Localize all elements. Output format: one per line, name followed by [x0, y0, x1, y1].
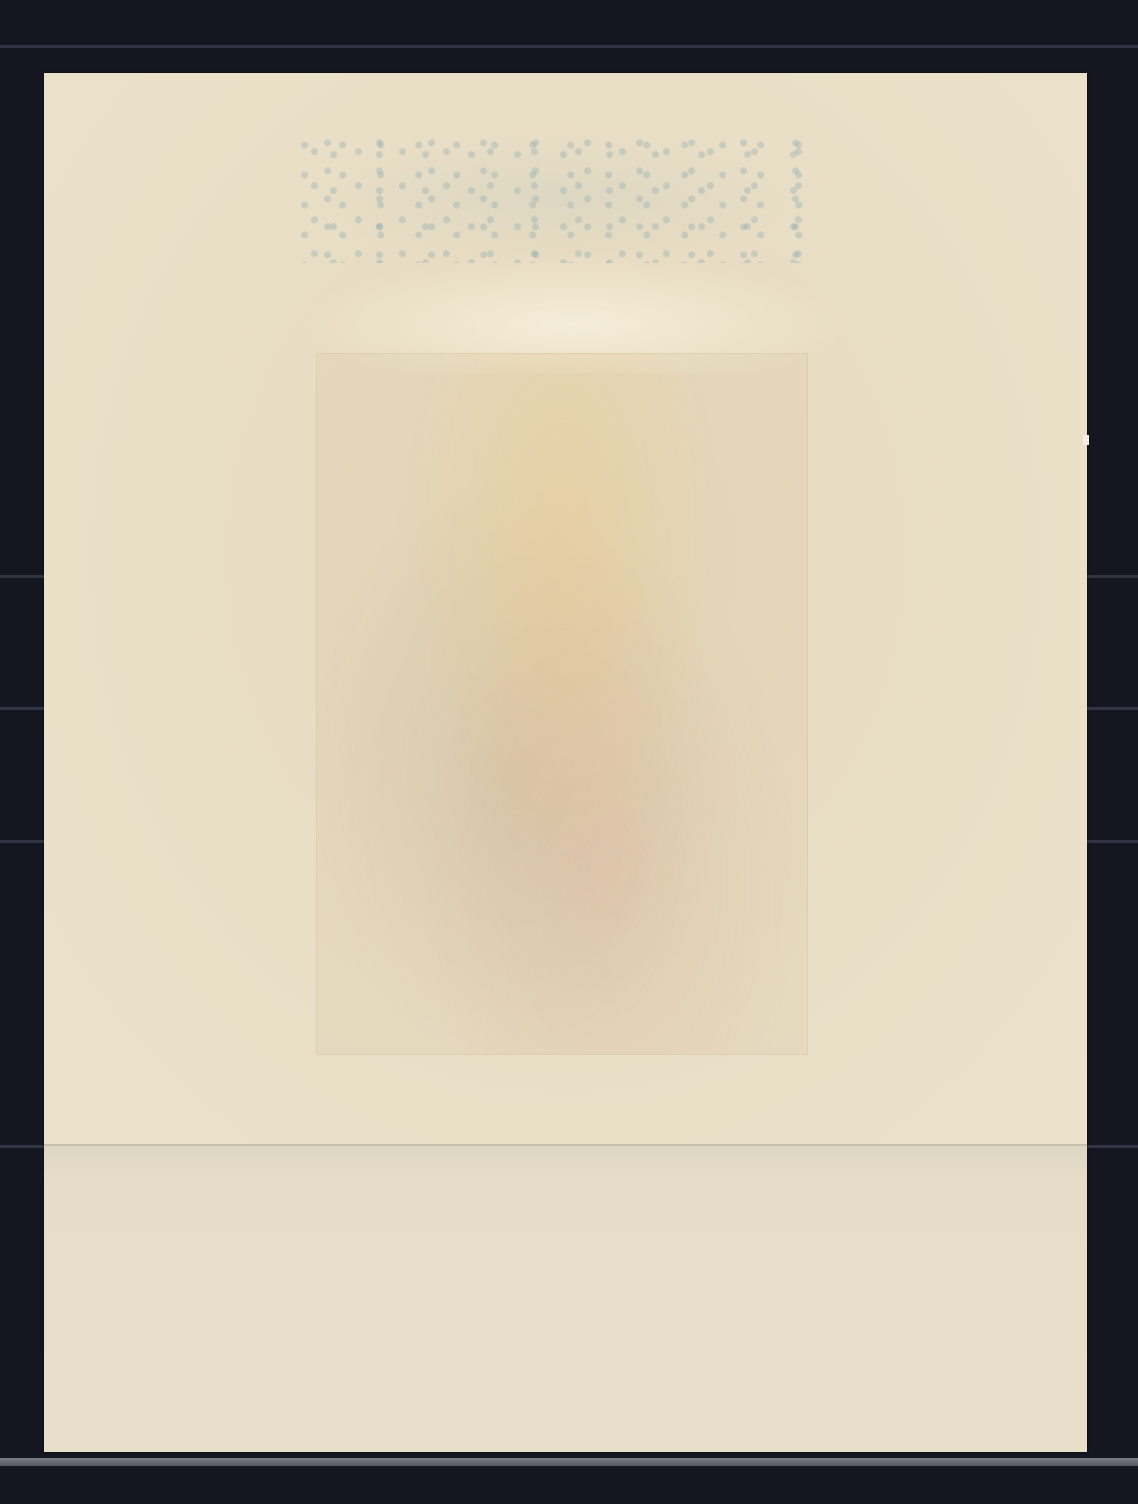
stockbook-strip	[0, 45, 1138, 48]
show-through-stamp-design	[316, 353, 808, 1055]
edge-nick	[1083, 435, 1089, 445]
fold-line	[44, 1144, 1087, 1146]
show-through-inscription	[299, 133, 819, 263]
sheet-lower-panel	[44, 1145, 1087, 1452]
souvenir-sheet-back	[44, 73, 1087, 1452]
mount-strip	[0, 1458, 1138, 1466]
photo-scene	[0, 0, 1138, 1504]
